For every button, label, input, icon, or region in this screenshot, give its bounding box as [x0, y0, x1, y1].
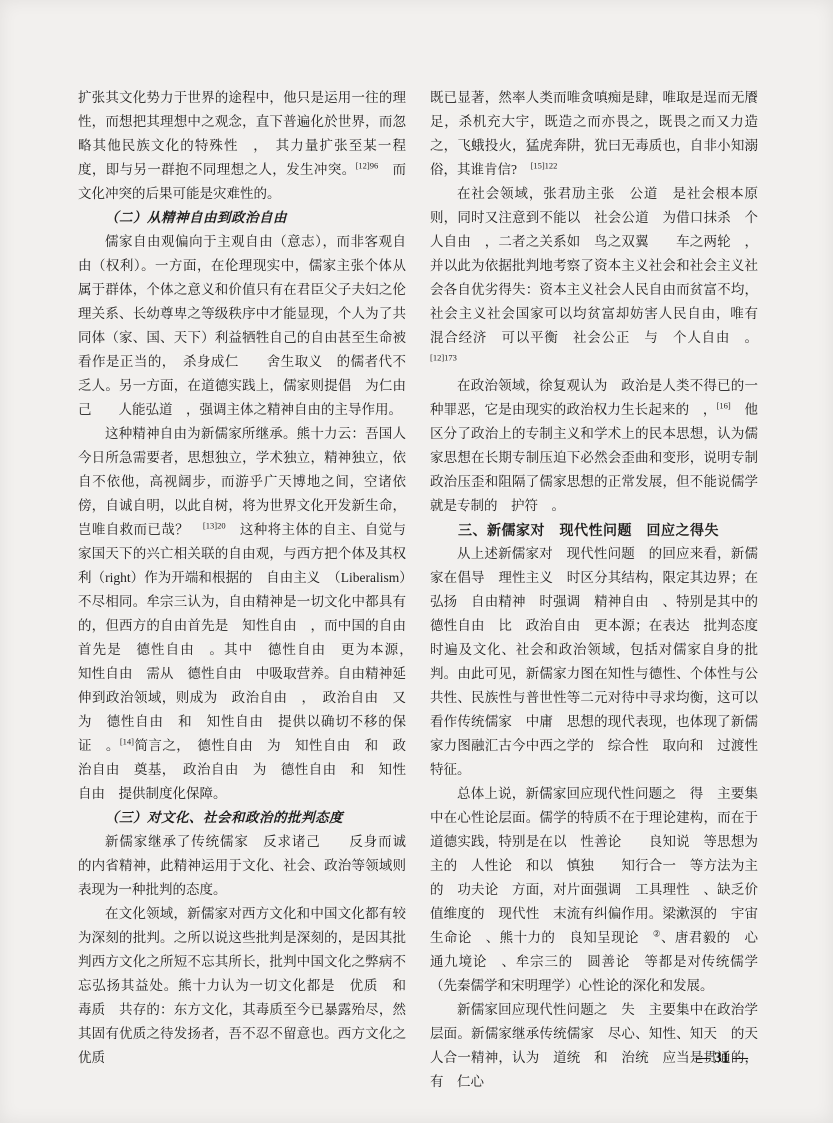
citation-superscript: [13]20: [203, 521, 226, 531]
body-paragraph: 新儒家回应现代性问题之 失 主要集中在政治学层面。新儒家继承传统儒家 尽心、知性…: [430, 998, 758, 1094]
subsection-heading: （三）对文化、社会和政治的批判态度: [78, 806, 406, 830]
body-paragraph: 在社会领域，张君劢主张 公道 是社会根本原则，同时又注意到不能以 社会公道 为借…: [430, 182, 758, 374]
body-paragraph: 在政治领域，徐复观认为 政治是人类不得已的一种罪恶，它是由现实的政治权力生长起来…: [430, 374, 758, 518]
section-heading: 三、新儒家对 现代性问题 回应之得失: [430, 518, 758, 542]
paper-page: 扩张其文化势力于世界的途程中，他只是运用一往的理性，而想把其理想中之观念，直下普…: [0, 0, 833, 1123]
citation-superscript: [15]122: [531, 161, 558, 171]
body-paragraph: 在文化领域，新儒家对西方文化和中国文化都有较为深刻的批判。之所以说这些批判是深刻…: [78, 902, 406, 1070]
citation-superscript: ②: [653, 929, 661, 939]
body-paragraph: 总体上说，新儒家回应现代性问题之 得 主要集中在心性论层面。儒学的特质不在于理论…: [430, 782, 758, 998]
right-column: 既已显著，然率人类而唯贪嗔痴是肆，唯取是逞而无餍足，杀机充大宇，既造之而亦畏之，…: [430, 86, 758, 1094]
body-paragraph: 扩张其文化势力于世界的途程中，他只是运用一往的理性，而想把其理想中之观念，直下普…: [78, 86, 406, 206]
body-paragraph: 儒家自由观偏向于主观自由（意志），而非客观自由（权利）。一方面，在伦理现实中，儒…: [78, 230, 406, 422]
citation-superscript: [12]96: [356, 161, 379, 171]
subsection-heading: （二）从精神自由到政治自由: [78, 206, 406, 230]
citation-superscript: [12]173: [430, 353, 457, 363]
body-paragraph: 从上述新儒家对 现代性问题 的回应来看，新儒家在倡导 理性主义 时区分其结构，限…: [430, 542, 758, 782]
body-paragraph: 既已显著，然率人类而唯贪嗔痴是肆，唯取是逞而无餍足，杀机充大宇，既造之而亦畏之，…: [430, 86, 758, 182]
body-paragraph: 这种精神自由为新儒家所继承。熊十力云：吾国人今日所急需要者，思想独立，学术独立，…: [78, 422, 406, 806]
citation-superscript: [14]: [120, 737, 134, 747]
left-column: 扩张其文化势力于世界的途程中，他只是运用一往的理性，而想把其理想中之观念，直下普…: [78, 86, 406, 1094]
body-paragraph: 新儒家继承了传统儒家 反求诸己 反身而诚 的内省精神，此精神运用于文化、社会、政…: [78, 830, 406, 902]
page-body: 扩张其文化势力于世界的途程中，他只是运用一往的理性，而想把其理想中之观念，直下普…: [78, 86, 758, 1094]
citation-superscript: [16]: [717, 401, 731, 411]
page-number: — 31 —: [78, 1050, 758, 1067]
